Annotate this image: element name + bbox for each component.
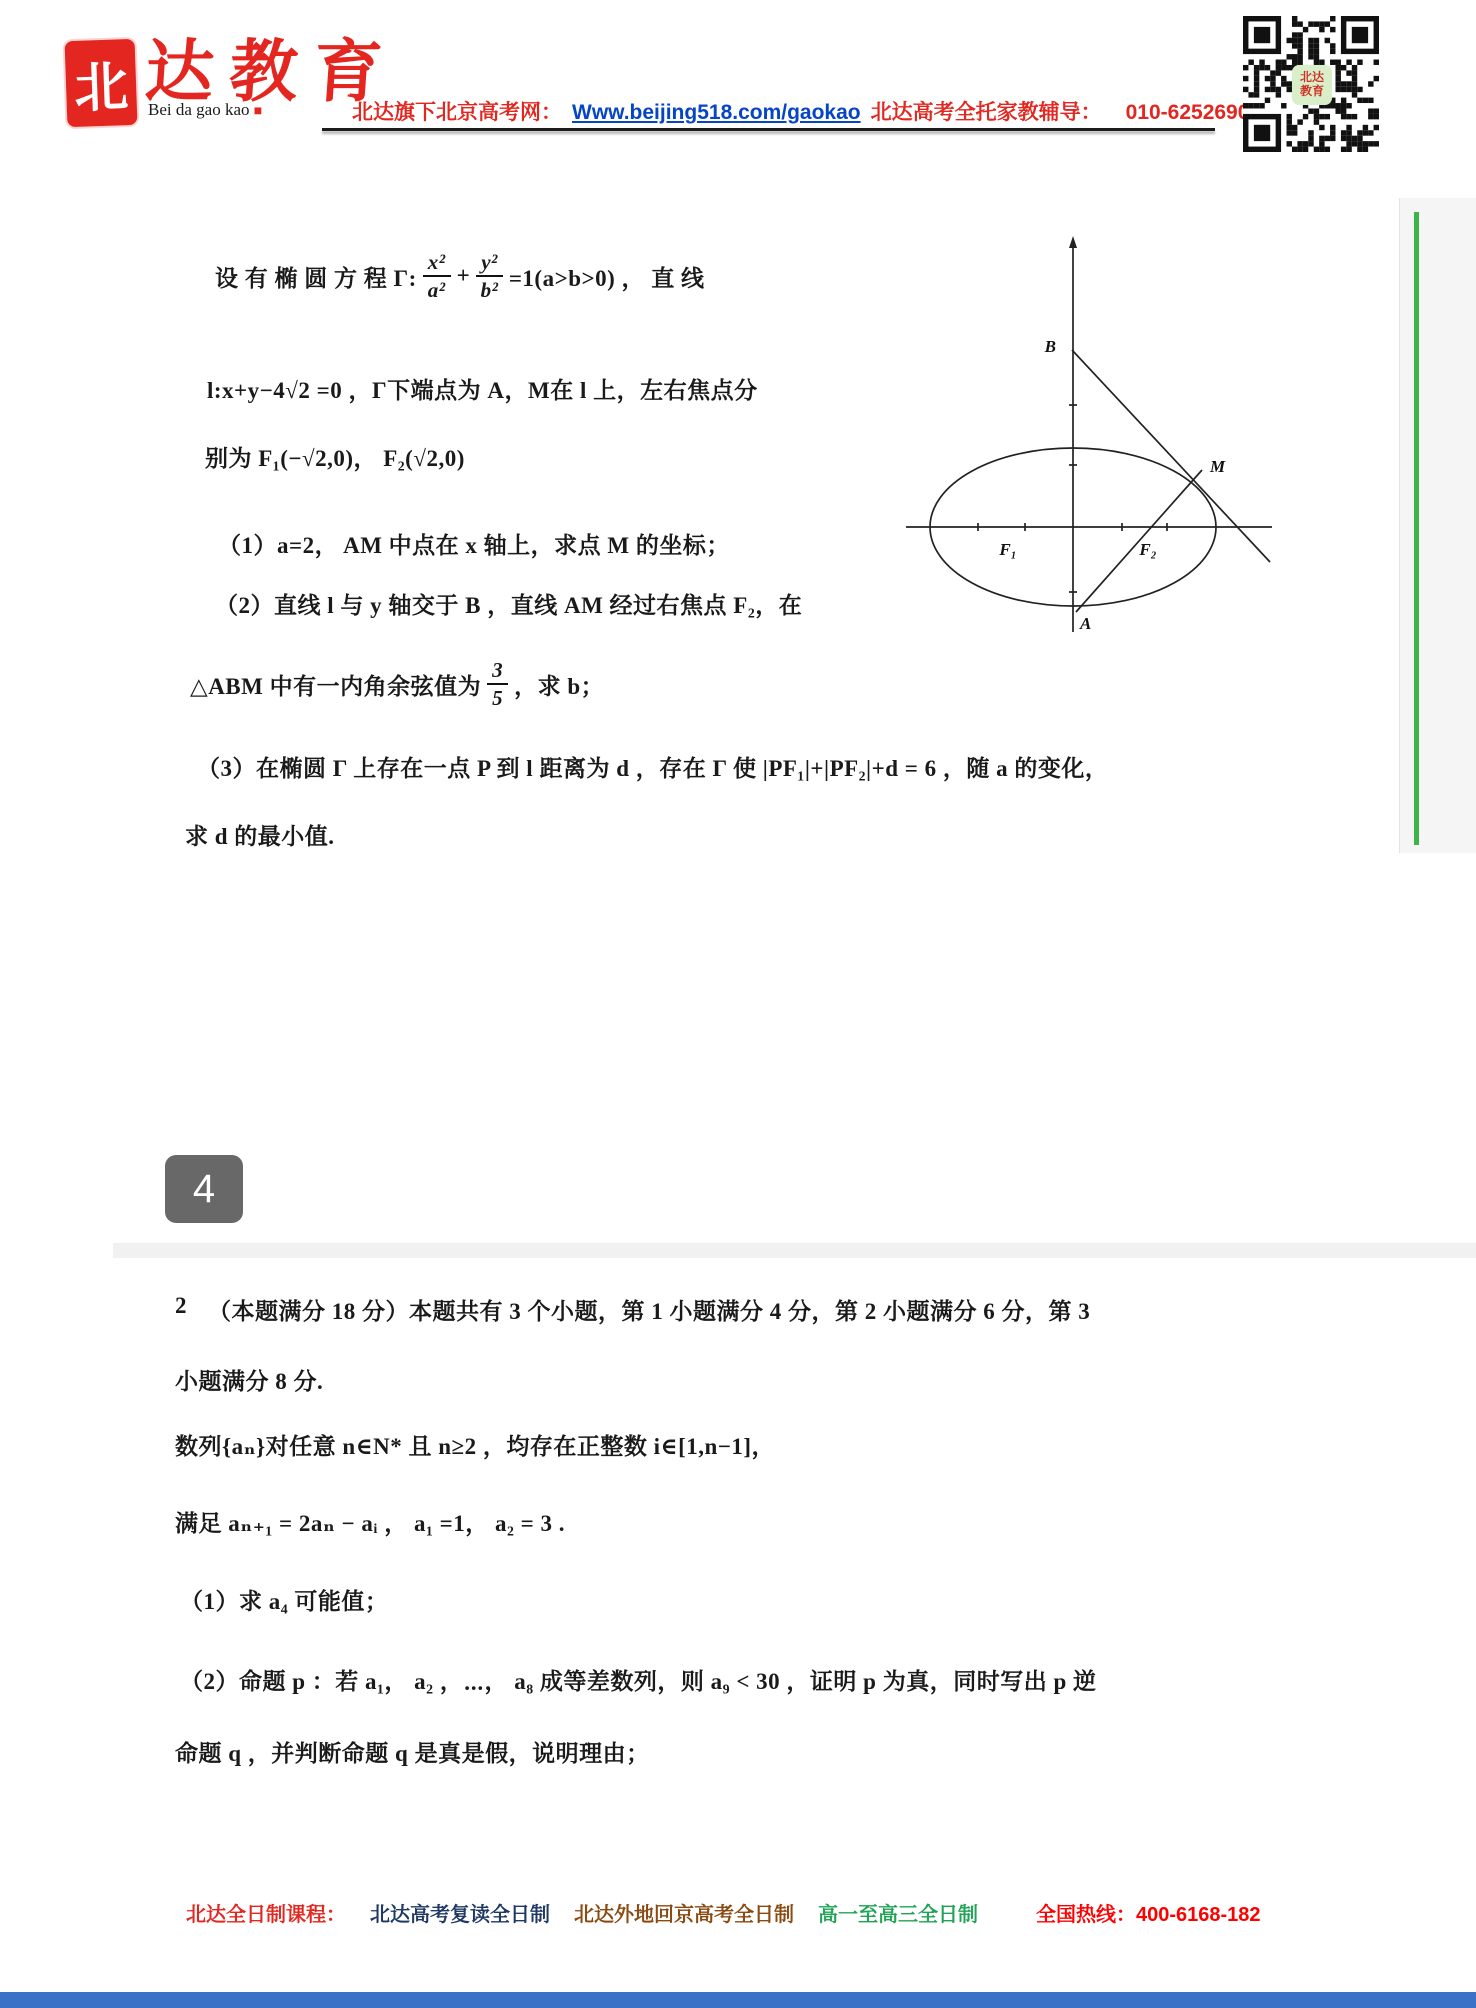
footer-item-fudu: 北达高考复读全日制 bbox=[370, 1898, 550, 1927]
qr-code: 北达 教育 bbox=[1243, 15, 1379, 153]
problem1-line8: 求 d 的最小值. bbox=[185, 818, 335, 851]
problem2-line7: 命题 q ，并判断命题 q 是真是假，说明理由； bbox=[175, 1735, 650, 1768]
header-phone-number: 010-62526900 bbox=[1126, 101, 1261, 125]
header-divider-rule bbox=[322, 128, 1215, 131]
diagram-label-M: M bbox=[1209, 457, 1226, 476]
diagram-label-B: B bbox=[1044, 337, 1056, 356]
problem2-number: 2 bbox=[175, 1293, 187, 1319]
bottom-blue-bar bbox=[0, 1992, 1476, 2008]
problem1-line3: 别为 F₁(−√2,0)， F₂(√2,0) bbox=[205, 440, 465, 473]
page-right-margin bbox=[1399, 198, 1476, 853]
footer-item-quanrizhi: 高一至高三全日制 bbox=[818, 1898, 978, 1927]
problem1-line1: 设 有 椭 圆 方 程 Γ: x² a² + y² b² =1(a>b>0) ，… bbox=[215, 228, 705, 324]
gaokao-site-link[interactable]: Www.beijing518.com/gaokao bbox=[572, 101, 861, 125]
header-tagline-1: 北达旗下北京高考网： bbox=[352, 96, 562, 126]
footer-item-huijing: 北达外地回京高考全日制 bbox=[574, 1898, 794, 1927]
footer-course-row: 北达全日制课程： 北达高考复读全日制 北达外地回京高考全日制 高一至高三全日制 … bbox=[186, 1898, 1261, 1927]
section-divider-bar bbox=[113, 1243, 1476, 1258]
diagram-label-A: A bbox=[1079, 614, 1091, 633]
problem1-line2: l:x+y−4√2 =0 ，Γ下端点为 A，M在 l 上，左右焦点分 bbox=[207, 372, 758, 405]
footer-hotline: 全国热线：400-6168-182 bbox=[1036, 1898, 1261, 1927]
problem1-line6: △ABM 中有一内角余弦值为 3 5 ，求 b； bbox=[190, 638, 604, 730]
page-number-badge: 4 bbox=[165, 1155, 243, 1223]
brand-pinyin: Bei da gao kao ■ bbox=[148, 100, 262, 120]
green-marker-line bbox=[1414, 212, 1419, 845]
problem1-part1: （1）a=2， AM 中点在 x 轴上，求点 M 的坐标； bbox=[218, 527, 730, 560]
problem2-part1: （1）求 a₄ 可能值； bbox=[180, 1583, 388, 1616]
header-tagline-2: 北达高考全托家教辅导： bbox=[871, 96, 1102, 126]
problem2-line4: 满足 aₙ₊₁ = 2aₙ − aᵢ ， a₁ =1， a₂ = 3 . bbox=[175, 1505, 565, 1538]
problem2-line2: 小题满分 8 分. bbox=[175, 1363, 323, 1396]
diagram-label-F2: F₂ bbox=[1138, 540, 1156, 559]
problem2-line1: （本题满分 18 分）本题共有 3 个小题，第 1 小题满分 4 分，第 2 小… bbox=[208, 1293, 1090, 1326]
problem2-line3: 数列{aₙ}对任意 n∈N* 且 n≥2 ，均存在正整数 i∈[1,n−1]， bbox=[175, 1428, 775, 1461]
fraction-3-5: 3 5 bbox=[487, 658, 508, 710]
diagram-label-F1: F₁ bbox=[998, 540, 1016, 559]
seal-character: 北 bbox=[73, 44, 130, 123]
fraction-y2-b2: y² b² bbox=[476, 250, 503, 302]
exam-page: 北 达教育 Bei da gao kao ■ 北达旗下北京高考网： Www.be… bbox=[0, 0, 1476, 2008]
red-square-icon: ■ bbox=[254, 104, 262, 119]
brand-seal-logo: 北 bbox=[65, 39, 138, 127]
header-tagline-row: 北达旗下北京高考网： Www.beijing518.com/gaokao 北达高… bbox=[352, 96, 1261, 126]
problem2-part2: （2）命题 p ：若 a₁， a₂ ，⋯， a₈ 成等差数列，则 a₉ < 30… bbox=[180, 1663, 1097, 1696]
footer-label: 北达全日制课程： bbox=[186, 1898, 346, 1927]
ellipse-diagram: B M F₁ F₂ A bbox=[898, 222, 1283, 640]
y-axis-arrow-icon bbox=[1069, 236, 1077, 248]
problem1-part2: （2）直线 l 与 y 轴交于 B ，直线 AM 经过右焦点 F₂，在 bbox=[215, 587, 802, 620]
qr-center-label: 北达 教育 bbox=[1292, 65, 1332, 105]
problem1-part3: （3）在椭圆 Γ 上存在一点 P 到 l 距离为 d ，存在 Γ 使 |PF₁|… bbox=[197, 750, 1108, 783]
fraction-x2-a2: x² a² bbox=[423, 250, 451, 302]
